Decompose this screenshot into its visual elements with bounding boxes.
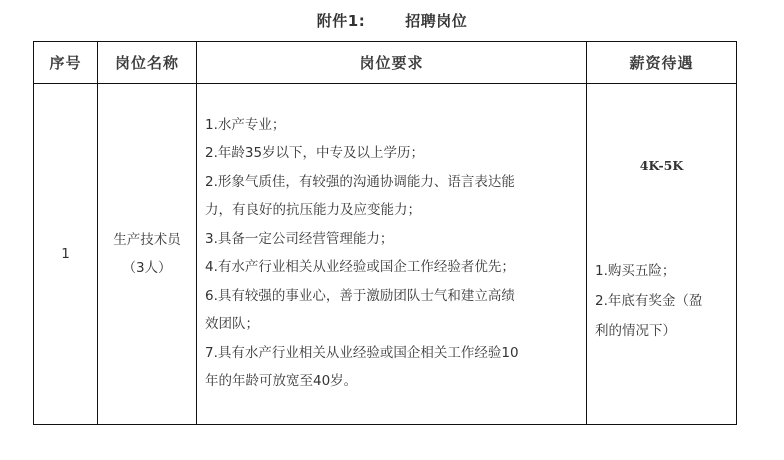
title-text: 招聘岗位 (405, 12, 467, 30)
header-salary: 薪资待遇 (587, 42, 737, 84)
benefit-line: 1.购买五险； (595, 256, 730, 286)
requirement-line: 3.具备一定公司经营管理能力； (205, 225, 578, 254)
requirement-line: 年的年龄可放宽至40岁。 (205, 367, 578, 396)
header-position-name: 岗位名称 (98, 42, 197, 84)
document-title: 附件1:招聘岗位 (0, 10, 784, 31)
table-row: 1 生产技术员 （3人） 1.水产专业； 2.年龄35岁以下，中专及以上学历； … (34, 84, 737, 425)
position-cell: 生产技术员 （3人） (98, 84, 197, 425)
requirements-cell: 1.水产专业； 2.年龄35岁以下，中专及以上学历； 2.形象气质佳，有较强的沟… (197, 84, 587, 425)
row-index: 1 (34, 84, 98, 425)
salary-cell: 4K-5K 1.购买五险； 2.年底有奖金（盈 利的情况下） (587, 84, 737, 425)
requirement-line: 2.年龄35岁以下，中专及以上学历； (205, 139, 578, 168)
requirement-line: 1.水产专业； (205, 111, 578, 140)
benefit-line: 利的情况下） (595, 316, 730, 346)
requirement-line: 7.具有水产行业相关从业经验或国企相关工作经验10 (205, 339, 578, 368)
header-index: 序号 (34, 42, 98, 84)
requirements-list: 1.水产专业； 2.年龄35岁以下，中专及以上学历； 2.形象气质佳，有较强的沟… (197, 109, 586, 400)
requirement-line: 4.有水产行业相关从业经验或国企工作经验者优先； (205, 253, 578, 282)
requirement-line: 2.形象气质佳，有较强的沟通协调能力、语言表达能 (205, 168, 578, 197)
recruitment-table: 序号 岗位名称 岗位要求 薪资待遇 1 生产技术员 （3人） 1.水产专业； 2… (33, 41, 737, 425)
position-headcount: （3人） (98, 254, 196, 282)
requirement-line: 6.具有较强的事业心，善于激励团队士气和建立高绩 (205, 282, 578, 311)
position-name: 生产技术员 (98, 226, 196, 254)
header-requirements: 岗位要求 (197, 42, 587, 84)
salary-range: 4K-5K (587, 158, 736, 173)
requirement-line: 力，有良好的抗压能力及应变能力； (205, 196, 578, 225)
requirement-line: 效团队； (205, 310, 578, 339)
attachment-label: 附件1: (317, 12, 365, 30)
table-header-row: 序号 岗位名称 岗位要求 薪资待遇 (34, 42, 737, 84)
benefits-list: 1.购买五险； 2.年底有奖金（盈 利的情况下） (595, 256, 730, 346)
benefit-line: 2.年底有奖金（盈 (595, 286, 730, 316)
